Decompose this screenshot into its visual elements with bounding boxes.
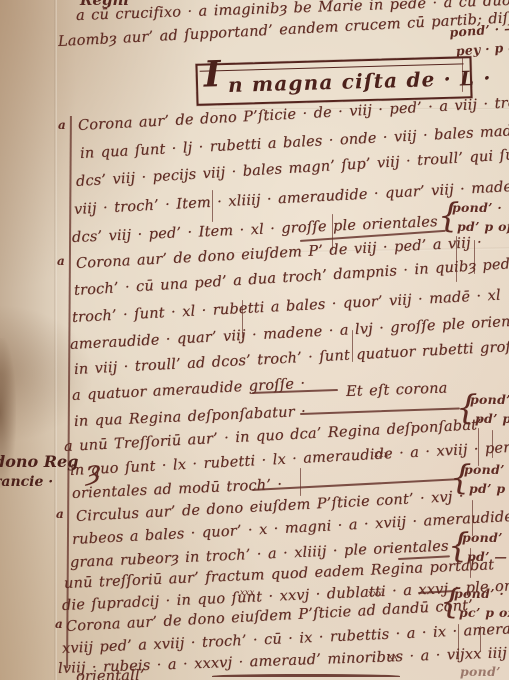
heading-initial: I xyxy=(203,53,221,95)
weight-sublabel: pd’ p oſt’ xyxy=(457,217,509,236)
pen-stroke xyxy=(300,468,301,496)
superscript-numeral: xxx xyxy=(374,450,388,460)
left-margin-note: dono Reg rancie · ȝ xyxy=(0,452,78,490)
manuscript-photo: Regni I n magna ciſta de · L · a a a a a… xyxy=(0,0,509,680)
margin-weight-note: { pond’ · — pc’ p ozd’ · xyxy=(454,584,509,622)
pond-label: pond’ · — xyxy=(454,584,509,603)
text-line: orientall’ xyxy=(76,668,145,680)
brace-mark: { xyxy=(450,458,472,498)
paraph-mark: a xyxy=(55,617,63,631)
left-note-flourish: ȝ xyxy=(86,454,101,487)
weight-sublabel: pc’ p ozd’ · xyxy=(459,603,509,622)
weight-sublabel: pd’ — pſ’ xyxy=(467,547,509,566)
margin-weight-note: { pond’ · pd’ p oſ’ xyxy=(464,460,509,498)
heading-text: n magna ciſta de · L · xyxy=(228,66,492,97)
left-note-line1: dono Reg xyxy=(0,452,78,471)
ink-rule xyxy=(252,478,458,490)
text-line: orientales ad modū troch’ · xyxy=(72,477,283,502)
pond-label: pond’ · xyxy=(452,198,509,217)
brace-mark: { xyxy=(456,388,478,428)
brace-mark: { xyxy=(440,582,462,622)
weight-sublabel: pd’ p oſ’ xyxy=(469,479,509,498)
margin-weight-note: pond’ xyxy=(460,662,501,680)
text-line: a quatuor ameraudide groſſe · xyxy=(72,376,306,404)
text-line: in qua Regina deſponſabatur · xyxy=(74,404,307,430)
margin-weight-note: pond’ · — pey · p oſt’ xyxy=(449,17,509,61)
paraph-mark: a xyxy=(57,254,65,268)
heading-box: I n magna ciſta de · L · xyxy=(195,56,472,106)
paraph-mark: a xyxy=(56,507,64,521)
pond-label: pond’ xyxy=(460,662,501,680)
paraph-mark: a xyxy=(58,118,66,132)
superscript-numeral: xxx xyxy=(368,589,382,599)
left-note-line2: rancie · xyxy=(0,474,78,490)
weight-sublabel: pd’ p o’ xyxy=(475,409,509,428)
bottom-box-line xyxy=(212,674,400,677)
margin-weight-note: { pond’ · pd’ p oſt’ xyxy=(452,198,509,236)
brace-mark: { xyxy=(438,196,460,236)
brace-mark: { xyxy=(448,526,470,566)
text-line: Et eſt corona xyxy=(346,380,448,400)
ink-rule xyxy=(300,407,460,414)
superscript-numeral: xxx xyxy=(240,588,254,598)
superscript-numeral: xx xyxy=(388,652,398,662)
crease xyxy=(54,0,57,680)
margin-weight-note: { pond’ · pd’ p o’ xyxy=(470,390,509,428)
